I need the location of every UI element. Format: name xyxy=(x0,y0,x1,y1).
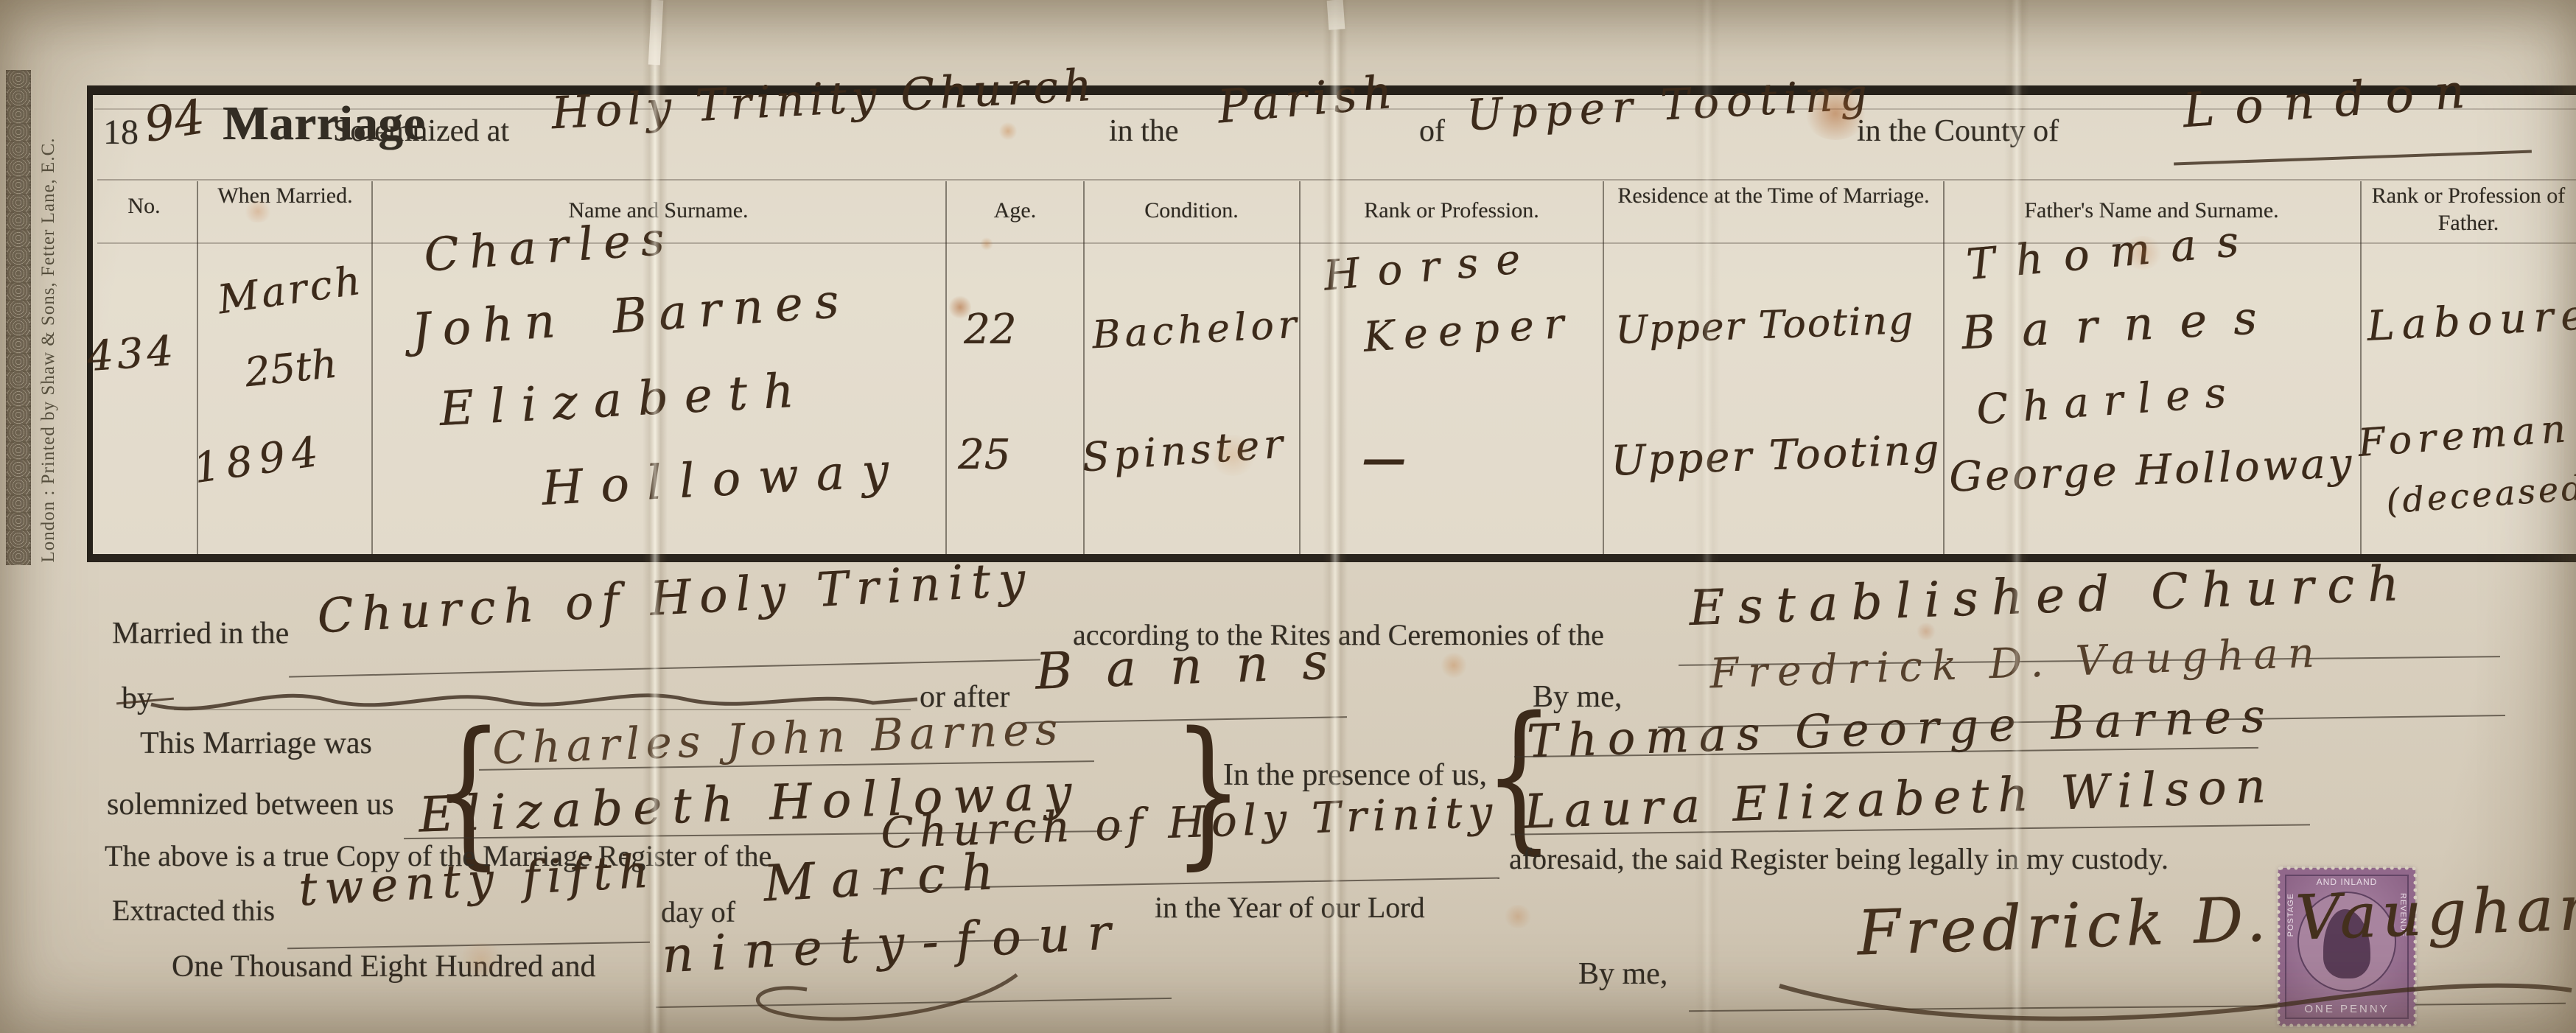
year-of-lord-label: in the Year of our Lord xyxy=(1155,890,1425,925)
column-divider xyxy=(2360,181,2362,554)
bride-age: 25 xyxy=(958,431,1010,479)
witness2-signature: Laura Elizabeth Wilson xyxy=(1523,759,2275,840)
rites-written: Established Church xyxy=(1688,555,2413,637)
witness1-signature: Thomas George Barnes xyxy=(1526,688,2276,768)
true-copy-label-2: aforesaid, the said Register being legal… xyxy=(1509,841,2169,876)
bride-rank-dash: — xyxy=(1362,433,1410,485)
year-prefix: 18 xyxy=(103,112,139,153)
col-father-rank: Rank or Profession of Father. xyxy=(2364,183,2573,237)
top-edge-crack xyxy=(648,0,664,65)
certificate-scan: London : Printed by Shaw & Sons, Fetter … xyxy=(0,0,2576,1033)
column-divider xyxy=(945,181,947,554)
signature-swash xyxy=(1768,958,2576,1032)
col-father-name: Father's Name and Surname. xyxy=(1945,197,2358,225)
column-divider xyxy=(1299,181,1301,554)
col-residence: Residence at the Time of Marriage. xyxy=(1617,183,1930,210)
when-married-day: 25th xyxy=(242,340,339,396)
column-divider xyxy=(1943,181,1945,554)
extracted-label: Extracted this xyxy=(112,893,275,928)
marriage-was-label: This Marriage was xyxy=(140,726,372,761)
top-edge-crack xyxy=(1327,0,1345,30)
stain xyxy=(1441,652,1467,679)
col-condition: Condition. xyxy=(1085,197,1298,225)
officiant-signature: Fredrick D. Vaughan xyxy=(1709,628,2325,698)
column-divider xyxy=(197,181,198,554)
header-baseline-rule xyxy=(97,179,2576,181)
solemnized-between-label: solemnized between us xyxy=(107,787,394,822)
banns-written: Banns xyxy=(1035,631,1362,701)
by-me-label-2: By me, xyxy=(1578,956,1667,992)
year-written: 94 xyxy=(141,90,209,153)
entry-number: 434 xyxy=(85,327,178,381)
decorative-border-ornament xyxy=(6,70,31,565)
column-divider xyxy=(371,181,373,554)
col-rank-profession: Rank or Profession. xyxy=(1301,197,1603,225)
in-the-label: in the xyxy=(1109,113,1178,149)
extracted-day-underline xyxy=(287,942,650,950)
col-no: No. xyxy=(91,193,197,220)
printer-imprint: London : Printed by Shaw & Sons, Fetter … xyxy=(38,118,60,582)
county-label: in the County of xyxy=(1857,113,2059,149)
married-in-label: Married in the xyxy=(112,616,289,651)
column-divider xyxy=(1083,181,1085,554)
col-when-married: When Married. xyxy=(211,183,359,210)
extracted-month-written: March xyxy=(762,842,1011,913)
of-label: of xyxy=(1419,113,1445,149)
solemnized-at-label: Solemnized at xyxy=(333,113,509,149)
married-in-written: Church of Holy Trinity xyxy=(316,553,1035,645)
year-words-flourish xyxy=(722,969,1032,1032)
column-divider xyxy=(1603,181,1604,554)
custodian-signature: Fredrick D. Vaughan xyxy=(1856,871,2576,969)
stain xyxy=(1503,905,1533,928)
groom-age: 22 xyxy=(964,306,1016,354)
year-words-label: One Thousand Eight Hundred and xyxy=(172,949,595,984)
col-age: Age. xyxy=(947,197,1083,225)
